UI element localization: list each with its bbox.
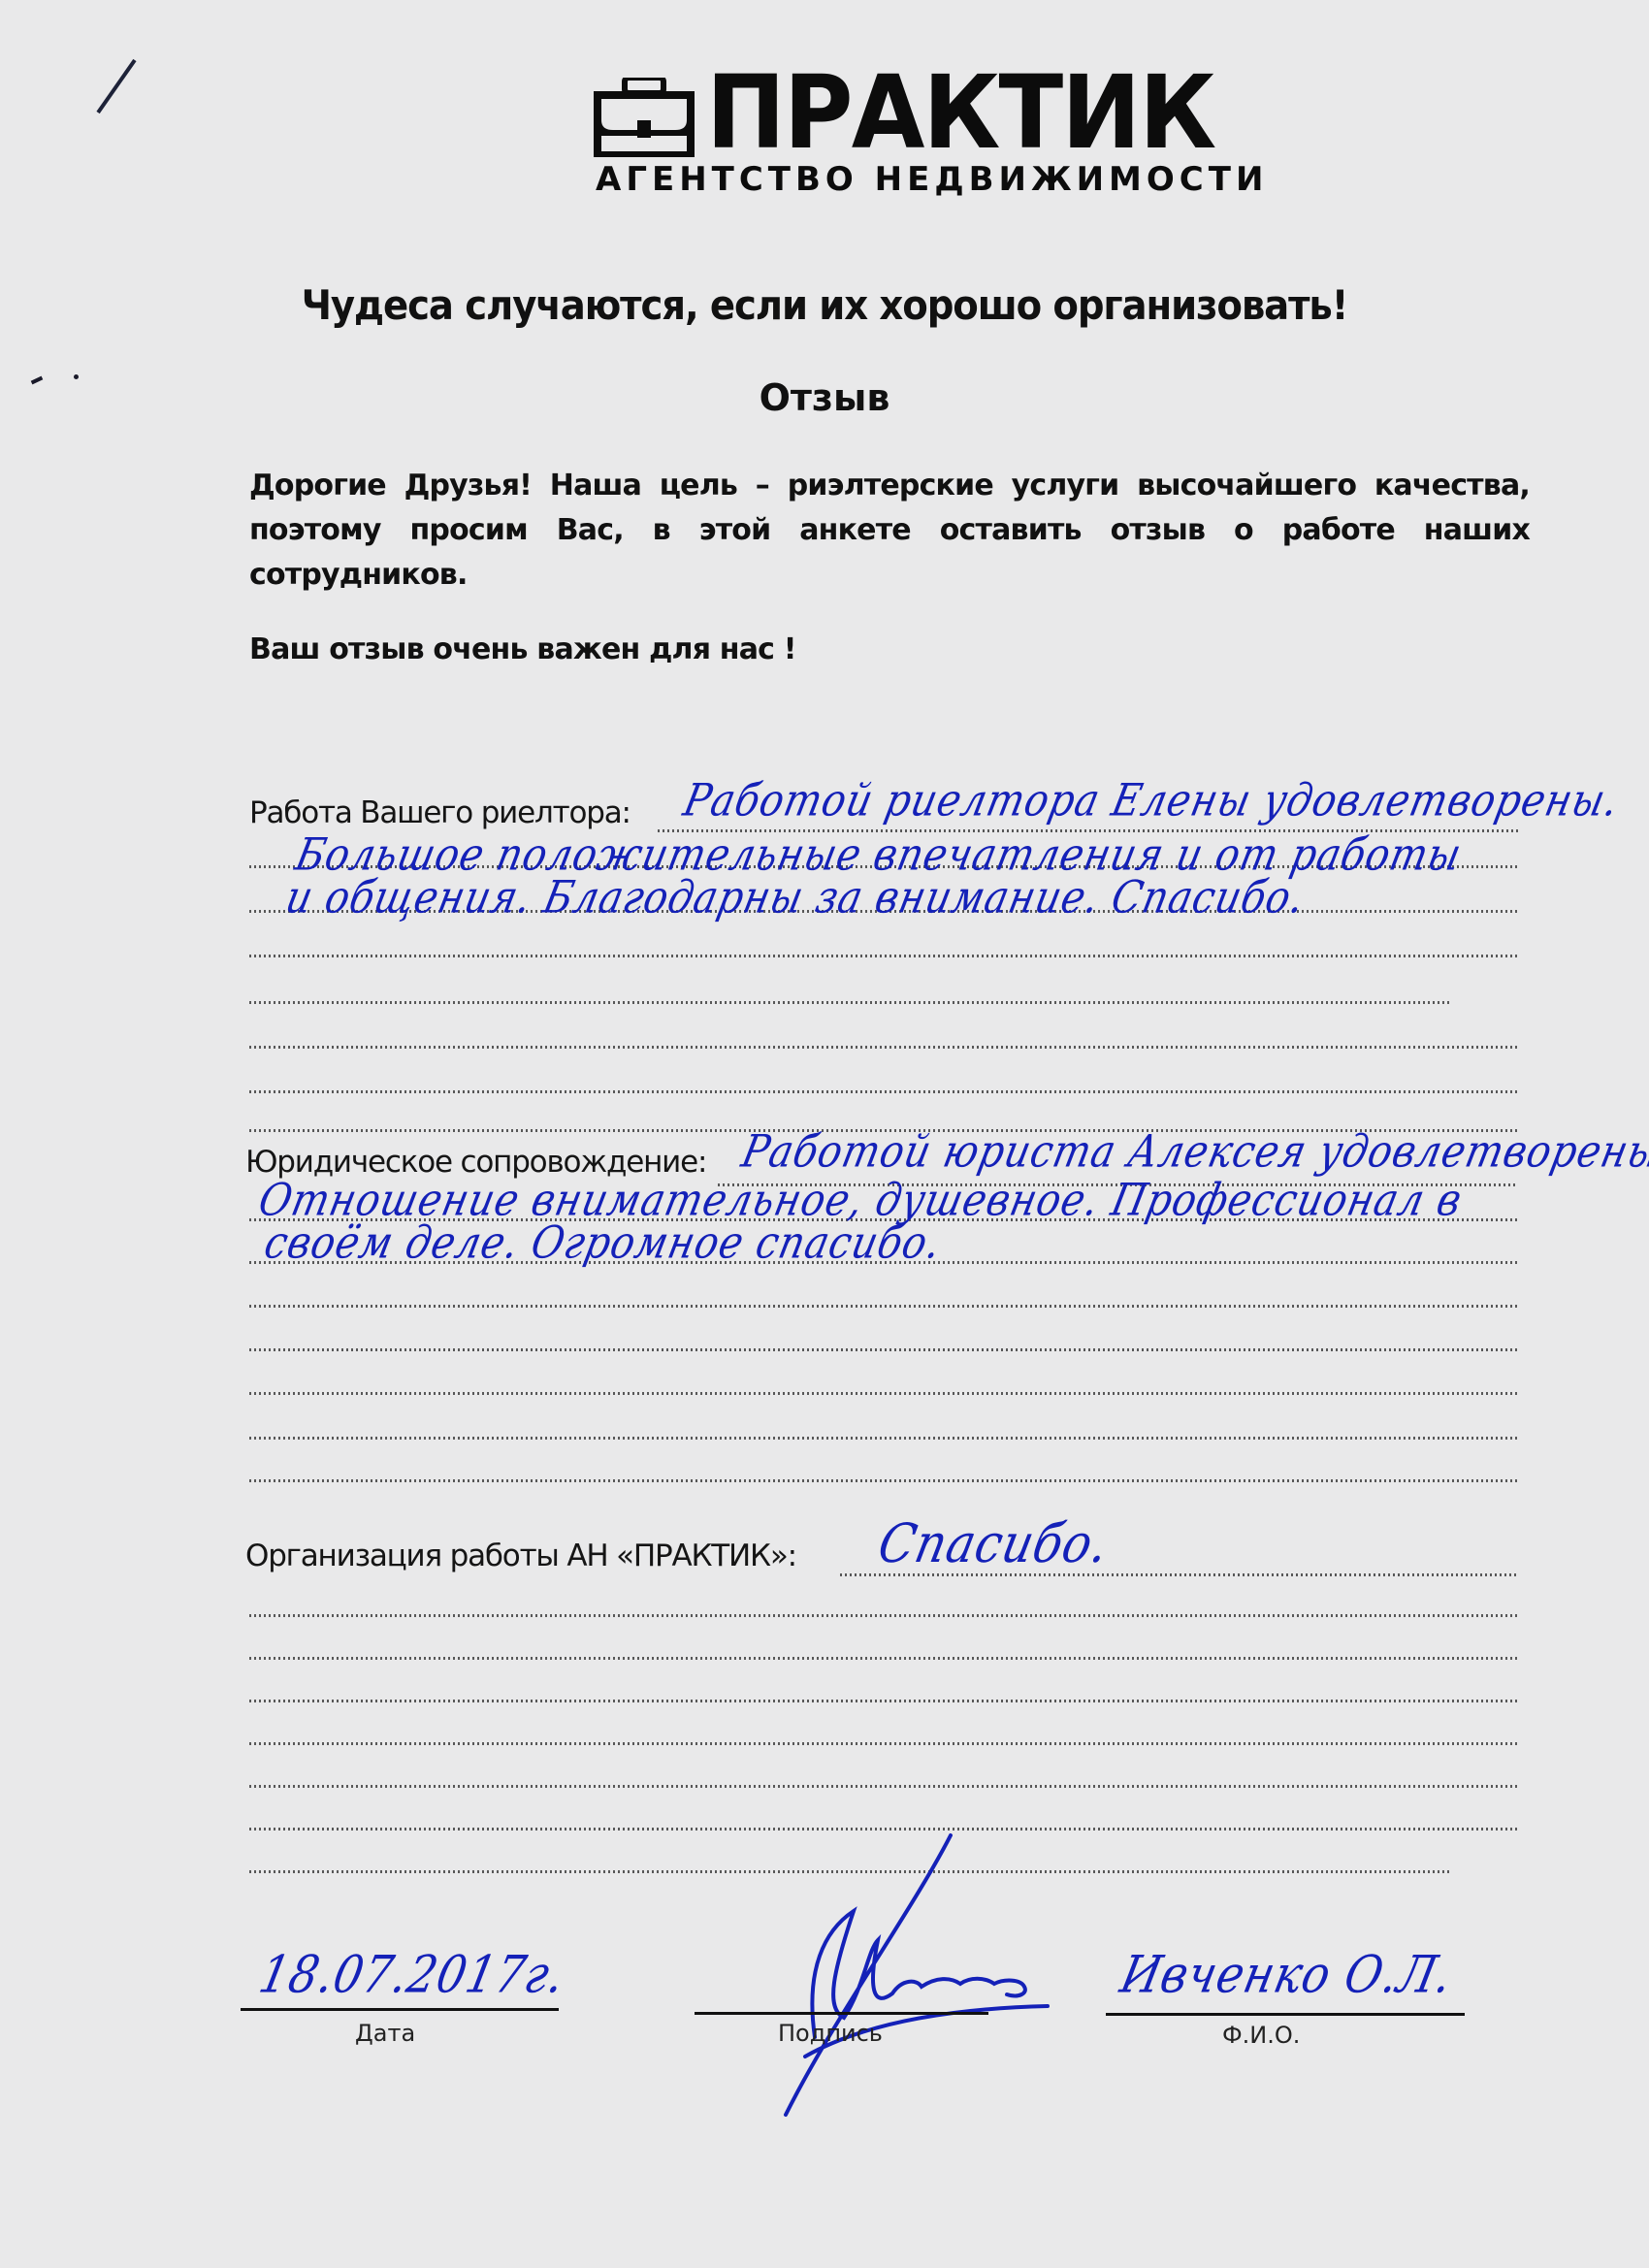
intro-text: Дорогие Друзья! Наша цель – риэлтерские … [249,464,1530,598]
dotted-line [249,1479,1518,1482]
important-note: Ваш отзыв очень важен для нас ! [249,632,796,666]
date-value[interactable]: 18.07.2017г. [254,1944,570,2004]
dotted-line [249,1392,1518,1395]
dotted-line [249,1090,1518,1093]
logo-subtitle: АГЕНТСТВО НЕДВИЖИМОСТИ [596,160,1268,199]
handwritten-answer-line[interactable]: Работой риелтора Елены удовлетворены. [679,775,1624,826]
handwritten-answer-line[interactable]: Спасибо. [873,1513,1115,1575]
dotted-line [249,1614,1518,1617]
date-label: Дата [355,2020,415,2047]
dotted-line [249,1742,1518,1745]
fio-line [1106,2013,1465,2016]
handwritten-answer-line[interactable]: своём деле. Огромное спасибо. [260,1217,946,1269]
date-line [241,2008,559,2011]
page-title: Отзыв [0,376,1649,419]
handwritten-answer-line[interactable]: и общения. Благодарны за внимание. Спаси… [281,872,1309,923]
scan-mark [96,59,136,113]
signature-line [695,2012,988,2015]
dotted-line [249,1001,1452,1004]
signature-label: Подпись [778,2020,883,2047]
dotted-line [249,1305,1518,1308]
section-label-realtor: Работа Вашего риелтора: [249,795,630,830]
dotted-line [249,1700,1518,1702]
logo-name: ПРАКТИК [706,62,1214,163]
handwritten-answer-line[interactable]: Работой юриста Алексея удовлетворены, [737,1126,1649,1178]
section-label-organization: Организация работы АН «ПРАКТИК»: [245,1539,796,1573]
signature-scribble[interactable] [660,1824,1067,2134]
dotted-line [249,1657,1518,1660]
company-logo: ПРАКТИК АГЕНТСТВО НЕДВИЖИМОСТИ [592,68,1193,194]
briefcase-icon [592,78,696,159]
dotted-line [249,1437,1518,1440]
fio-label: Ф.И.О. [1222,2022,1300,2049]
dotted-line [249,955,1518,957]
fio-value[interactable]: Ивченко О.Л. [1115,1944,1458,2004]
dotted-line [249,1785,1518,1788]
dotted-line [249,1348,1518,1351]
slogan: Чудеса случаются, если их хорошо организ… [66,281,1583,329]
dotted-line [249,1046,1518,1049]
